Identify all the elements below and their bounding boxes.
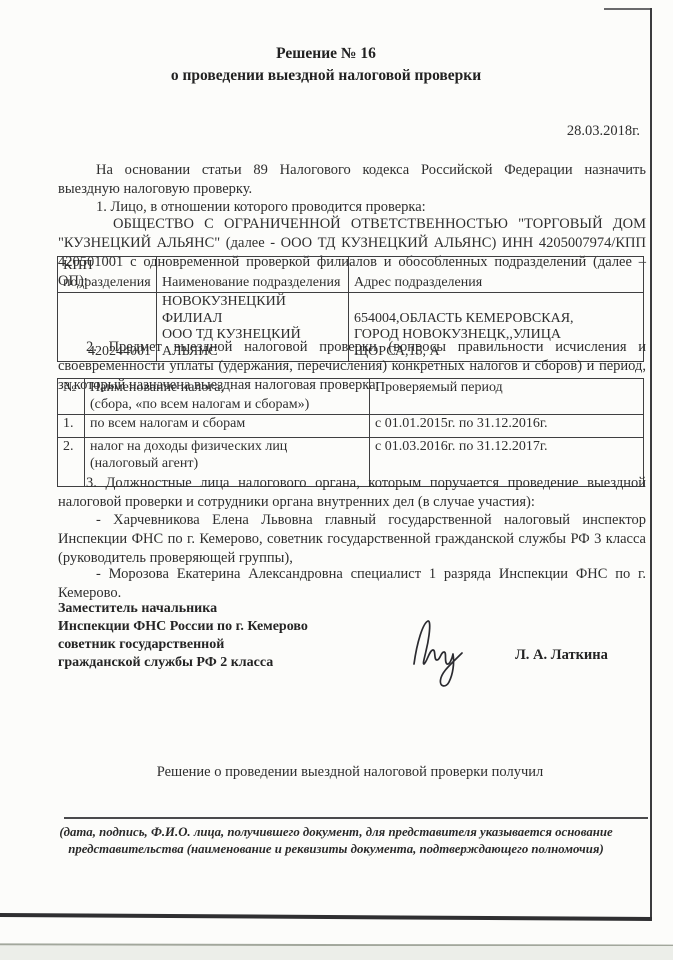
tax-table-row: 1. по всем налогам и сборам с 01.01.2015… [58,415,644,438]
document-title-line1: Решение № 16 [0,43,652,65]
scan-line-bottom-thick [0,913,652,921]
scan-background-strip [0,946,673,960]
tax-row-name: по всем налогам и сборам [85,415,370,438]
scan-edge-right [650,8,652,918]
tax-table-header-row: № Наименование налога, (сбора, «по всем … [58,379,644,415]
branch-table-header-row: КПП подразделения Наименование подраздел… [58,257,644,293]
document-title-line2: о проведении выездной налоговой проверки [0,65,652,87]
receipt-caption: (дата, подпись, Ф.И.О. лица, получившего… [52,824,620,857]
document-title: Решение № 16 о проведении выездной налог… [0,43,652,87]
scan-edge-top-right [604,8,652,10]
inspector-1-paragraph: - Харчевникова Елена Львовна главный гос… [58,511,646,568]
branch-header-kpp: КПП подразделения [58,257,157,293]
signatory-position: Заместитель начальника Инспекции ФНС Рос… [58,600,388,672]
document-page: Решение № 16 о проведении выездной налог… [0,0,673,960]
tax-row-period: с 01.01.2015г. по 31.12.2016г. [370,415,644,438]
receipt-statement: Решение о проведении выездной налоговой … [20,764,673,781]
item-3-paragraph: 3. Должностные лица налогового органа, к… [58,474,646,512]
tax-header-name: Наименование налога, (сбора, «по всем на… [85,379,370,415]
basis-paragraph: На основании статьи 89 Налогового кодекс… [58,161,646,199]
tax-header-period: Проверяемый период [370,379,644,415]
signatory-name: Л. А. Латкина [515,647,608,664]
tax-table: № Наименование налога, (сбора, «по всем … [57,378,644,487]
branch-header-name: Наименование подразделения [157,257,349,293]
tax-row-number: 1. [58,415,85,438]
document-date: 28.03.2018г. [0,123,640,140]
signature-line [64,817,648,819]
inspector-2-paragraph: - Морозова Екатерина Александровна специ… [58,565,646,603]
branch-header-address: Адрес подразделения [349,257,644,293]
signature-handwriting-icon [402,612,484,694]
tax-header-number: № [58,379,85,415]
